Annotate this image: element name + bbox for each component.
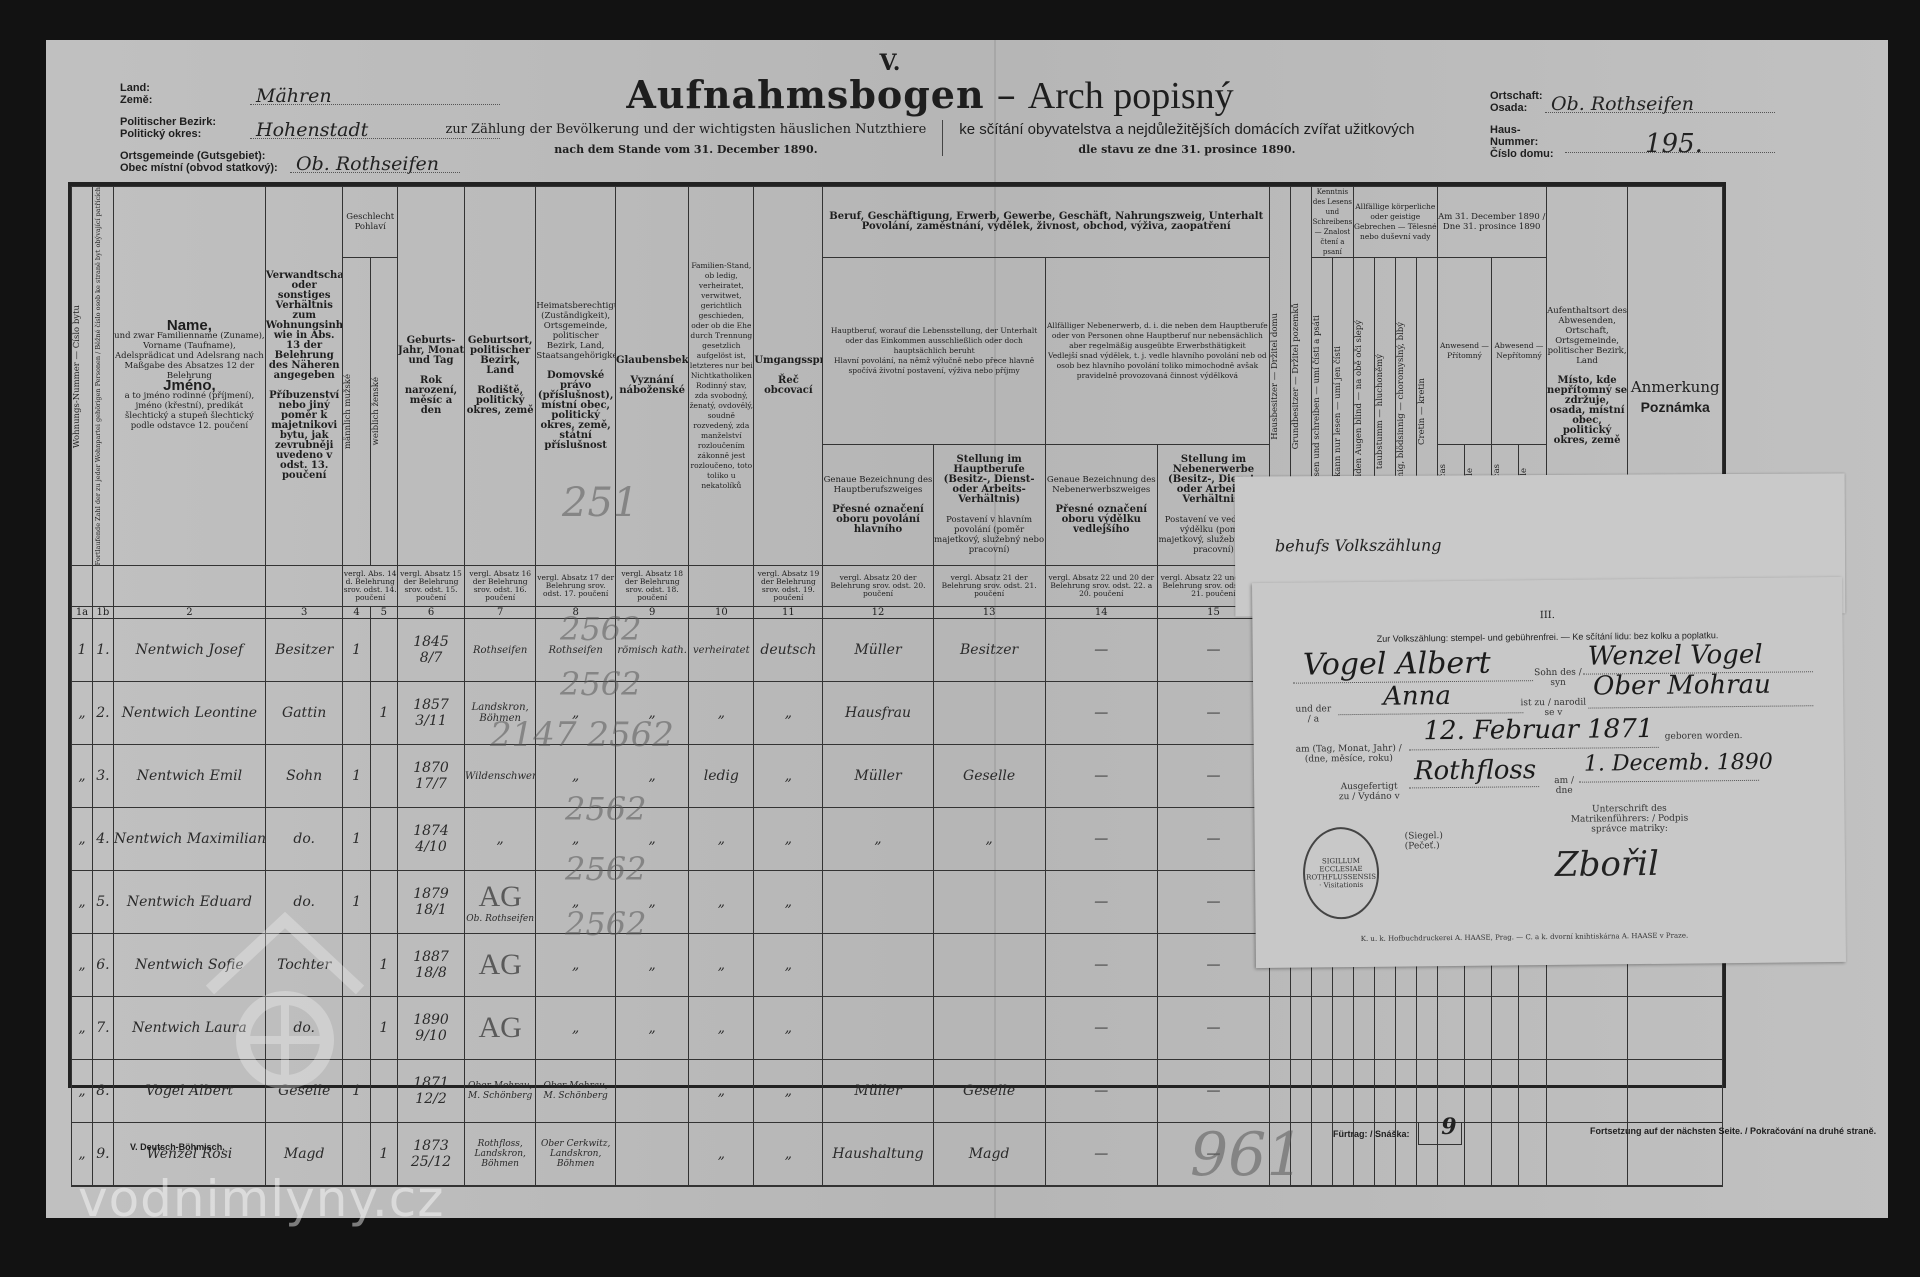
field-house-line: 195. bbox=[1565, 132, 1775, 153]
cell bbox=[1464, 997, 1491, 1060]
cell-number: 5. bbox=[92, 871, 113, 934]
cell-year: 1874 bbox=[398, 823, 464, 839]
label-municipality-cz: Obec místní (obvod statkový): bbox=[120, 162, 290, 174]
printer-imprint: K. u. k. Hofbuchdruckerei A. HAASE, Prag… bbox=[1361, 932, 1689, 943]
pencil-code: 2147 2562 bbox=[490, 715, 674, 755]
dotted-line bbox=[1588, 705, 1813, 708]
col-10-de: Familien-Stand, ob ledig, verheiratet, v… bbox=[690, 261, 753, 380]
cell-side-pos: — bbox=[1157, 1060, 1269, 1123]
col-13-cz: Postavení v hlavním povolání (poměr maje… bbox=[934, 515, 1044, 555]
continuation-note: Fortsetzung auf der nächsten Seite. / Po… bbox=[1590, 1126, 1876, 1136]
cell-position: Besitzer bbox=[933, 619, 1045, 682]
cell bbox=[1416, 997, 1437, 1060]
col-16-label: Hausbesitzer — Držitel domu bbox=[1270, 313, 1280, 440]
cell-day: 25/12 bbox=[398, 1154, 464, 1170]
cell-position bbox=[933, 871, 1045, 934]
field-house-number: Haus-Nummer:Číslo domu: 195. bbox=[1490, 124, 1775, 160]
colnum: 14 bbox=[1045, 607, 1157, 619]
cell bbox=[1416, 1060, 1437, 1123]
ref-12: vergl. Absatz 20 der Belehrung srov. ods… bbox=[823, 566, 933, 607]
cell-position: Geselle bbox=[933, 745, 1045, 808]
label-house-cz: Číslo domu: bbox=[1490, 148, 1565, 160]
cell-language: „ bbox=[754, 682, 823, 745]
cell-name: Nentwich Emil bbox=[113, 745, 265, 808]
cell-birthplace: AG bbox=[465, 997, 536, 1060]
cell-language: „ bbox=[754, 871, 823, 934]
certificate-name: Vogel Albert bbox=[1303, 646, 1491, 683]
col-6-cz: Rok narození, měsíc a den bbox=[405, 375, 457, 416]
col-4-label: männlich mužské bbox=[343, 374, 353, 449]
cell-relation: do. bbox=[265, 808, 343, 871]
date-de: nach dem Stande vom 31. December 1890. bbox=[445, 140, 926, 160]
cell-birthplace: AGOb. Rothseifen bbox=[465, 871, 536, 934]
cell bbox=[1270, 997, 1291, 1060]
cell-position bbox=[933, 934, 1045, 997]
cell-occupation: Hausfrau bbox=[823, 682, 933, 745]
subtitle-divider bbox=[942, 120, 943, 156]
ref-9: vergl. Absatz 18 der Belehrung srov. ods… bbox=[615, 566, 688, 607]
col-10-cz: Rodinný stav, zda svobodný, ženatý, ovdo… bbox=[690, 381, 753, 490]
cell-year: 1845 bbox=[398, 634, 464, 650]
label-house-de: Haus-Nummer: bbox=[1490, 124, 1565, 148]
cell-year: 1871 bbox=[398, 1075, 464, 1091]
certificate-number: III. bbox=[1252, 607, 1842, 624]
cell bbox=[1437, 997, 1464, 1060]
cell-homeright: „ bbox=[536, 934, 616, 997]
cell-relation: Sohn bbox=[265, 745, 343, 808]
subtitles: zur Zählung der Bevölkerung und der wich… bbox=[360, 120, 1500, 160]
cell-language: „ bbox=[754, 1123, 823, 1186]
born-suffix: geboren worden. bbox=[1664, 731, 1744, 742]
carry-box: 9 bbox=[1418, 1122, 1462, 1145]
col-22-label: irrsinnig, blödsinnig — choromyslný, blb… bbox=[1396, 322, 1406, 501]
cell-language: „ bbox=[754, 808, 823, 871]
col-sex-header: Geschlecht Pohlaví bbox=[343, 187, 398, 258]
cell bbox=[1374, 1186, 1395, 1187]
cell-side-occ: — bbox=[1045, 745, 1157, 808]
col-5-label: weiblich ženské bbox=[371, 377, 381, 445]
cell bbox=[1353, 1060, 1374, 1123]
cell bbox=[1519, 997, 1546, 1060]
cell bbox=[1045, 1186, 1157, 1187]
cell-name: Nentwich Josef bbox=[113, 619, 265, 682]
pencil-code: 2562 bbox=[565, 790, 646, 828]
cell-year: 1879 bbox=[398, 886, 464, 902]
cell bbox=[1353, 997, 1374, 1060]
col-8-de: Heimatsberechtigung (Zuständigkeit), Ort… bbox=[536, 301, 615, 361]
ref-3 bbox=[265, 566, 343, 607]
cell-homeright: Ober Cerkwitz, Landskron, Böhmen bbox=[536, 1123, 616, 1186]
cell bbox=[1464, 1123, 1491, 1186]
cell-number: 7. bbox=[92, 997, 113, 1060]
cell-birthdate: 187112/2 bbox=[397, 1060, 464, 1123]
cell bbox=[1492, 1060, 1519, 1123]
cell-status: „ bbox=[689, 1123, 754, 1186]
cell bbox=[1628, 1186, 1723, 1187]
cell bbox=[1332, 1060, 1353, 1123]
cell-flat: „ bbox=[72, 682, 93, 745]
field-settlement: Ortschaft:Osada: Ob. Rothseifen bbox=[1490, 90, 1775, 114]
col-6-de: Geburts-Jahr, Monat und Tag bbox=[398, 335, 464, 366]
label-municipality-de: Ortsgemeinde (Gutsgebiet): bbox=[120, 150, 290, 162]
cell-year: 1857 bbox=[398, 697, 464, 713]
value-house-number: 195. bbox=[1645, 138, 1703, 150]
cell-status: „ bbox=[689, 682, 754, 745]
ref-1b bbox=[92, 566, 113, 607]
ref-8: vergl. Absatz 17 der Belehrung srov. ods… bbox=[536, 566, 616, 607]
cell-number: 8. bbox=[92, 1060, 113, 1123]
stamp-ag: AG bbox=[465, 880, 535, 914]
cell-number: 4. bbox=[92, 808, 113, 871]
col-12-header: Genaue Bezeichnung des Hauptberufszweige… bbox=[823, 445, 933, 566]
col-9-de: Glaubensbekenntnis bbox=[616, 355, 689, 366]
colnum: 1b bbox=[92, 607, 113, 619]
cell-male bbox=[343, 682, 370, 745]
cell bbox=[933, 1186, 1045, 1187]
form-title-block: V. Aufnahmsbogen – Arch popisný zur Zähl… bbox=[360, 50, 1500, 160]
cell bbox=[1374, 997, 1395, 1060]
cell-side-occ: — bbox=[1045, 682, 1157, 745]
cell-status: ledig bbox=[689, 745, 754, 808]
issued-label: Ausgefertigt zu / Vydáno v bbox=[1334, 782, 1404, 803]
cell bbox=[536, 1186, 616, 1187]
col-28-cz: Místo, kde nepřítomný se zdržuje, osada,… bbox=[1547, 375, 1627, 446]
col-3-header: Verwandtschaft oder sonstiges Verhältnis… bbox=[265, 187, 343, 566]
signer-label: Unterschrift des Matrikenführers: / Podp… bbox=[1554, 803, 1704, 835]
cell bbox=[689, 1186, 754, 1187]
cell-flat: „ bbox=[72, 808, 93, 871]
cell bbox=[1311, 1186, 1332, 1187]
cell-number: 1. bbox=[92, 619, 113, 682]
col-29-cz: Poznámka bbox=[1628, 402, 1722, 412]
colnum: 3 bbox=[265, 607, 343, 619]
cell-side-pos: — bbox=[1157, 934, 1269, 997]
pencil-code: 2562 bbox=[560, 610, 641, 648]
cell-position: „ bbox=[933, 808, 1045, 871]
value-land: Mähren bbox=[256, 90, 332, 102]
title-cz: Arch popisný bbox=[1028, 75, 1234, 117]
cell-occupation: Müller bbox=[823, 1060, 933, 1123]
cell-male: 1 bbox=[343, 745, 370, 808]
carry-value: 9 bbox=[1441, 1114, 1456, 1140]
cell-position: Magd bbox=[933, 1123, 1045, 1186]
cell-language: „ bbox=[754, 997, 823, 1060]
ref-2 bbox=[113, 566, 265, 607]
stamp-ag: AG bbox=[465, 1011, 535, 1045]
col-8-cz: Domovské právo (příslušnost), místní obe… bbox=[538, 370, 614, 451]
ref-7: vergl. Absatz 16 der Belehrung srov. ods… bbox=[465, 566, 536, 607]
birth-certificate: III. Zur Volkszählung: stempel- und gebü… bbox=[1252, 577, 1846, 968]
col-11-de: Umgangssprache bbox=[754, 355, 823, 366]
cell bbox=[1464, 1060, 1491, 1123]
son-of-label: Sohn des / syn bbox=[1533, 668, 1583, 689]
cell bbox=[1437, 1186, 1464, 1187]
col-14-cz: Přesné označení oboru výdělku vedlejšího bbox=[1056, 504, 1148, 535]
value-settlement: Ob. Rothseifen bbox=[1551, 98, 1694, 110]
cell-birthdate: 188718/8 bbox=[397, 934, 464, 997]
col-1b-label: Fortlaufende Zahl der zu jeder Wohnparte… bbox=[93, 187, 103, 565]
subtitle-cz: ke sčítání obyvatelstva a nejdůležitější… bbox=[959, 120, 1414, 140]
page-title: Aufnahmsbogen – Arch popisný bbox=[360, 72, 1500, 118]
cell-side-pos: — bbox=[1157, 997, 1269, 1060]
cell bbox=[1395, 997, 1416, 1060]
col-13-header: Stellung im Hauptberufe (Besitz-, Dienst… bbox=[933, 445, 1045, 566]
col-2-title-de: Name, bbox=[114, 321, 265, 331]
col-1b-header: Fortlaufende Zahl der zu jeder Wohnparte… bbox=[92, 187, 113, 566]
title-separator: – bbox=[997, 73, 1016, 117]
cell-day: 18/8 bbox=[398, 965, 464, 981]
certificate-father: Wenzel Vogel bbox=[1588, 640, 1763, 672]
dotted-line bbox=[1409, 747, 1659, 751]
main-occ-de: Hauptberuf, worauf die Lebensstellung, d… bbox=[831, 326, 1037, 355]
registrar-signature: Zbořil bbox=[1555, 844, 1659, 885]
colnum: 5 bbox=[370, 607, 397, 619]
col-2-title-cz: Jméno, bbox=[114, 381, 265, 391]
literacy-header: Kenntnis des Lesens und Schreibens — Zna… bbox=[1311, 187, 1353, 258]
colnum: 2 bbox=[113, 607, 265, 619]
col-11-cz: Řeč obcovací bbox=[764, 375, 813, 396]
cell-day: 18/1 bbox=[398, 902, 464, 918]
header-row-1: Wohnungs-Nummer — Číslo bytu Fortlaufend… bbox=[72, 187, 1723, 258]
ref-11: vergl. Absatz 19 der Belehrung srov. ods… bbox=[754, 566, 823, 607]
col-14-header: Genaue Bezeichnung des Nebenerwerbszweig… bbox=[1045, 445, 1157, 566]
seal-label: (Siegel.) (Pečeť.) bbox=[1405, 831, 1445, 851]
colnum: 6 bbox=[397, 607, 464, 619]
cell bbox=[1519, 1186, 1546, 1187]
cell-side-pos: — bbox=[1157, 871, 1269, 934]
cell-day: 12/2 bbox=[398, 1091, 464, 1107]
field-settlement-line: Ob. Rothseifen bbox=[1545, 92, 1775, 113]
col-2-text-cz: a to jméno rodinné (příjmení), jméno (kř… bbox=[114, 391, 265, 431]
col-12-cz: Přesné označení oboru povolání hlavního bbox=[832, 504, 924, 535]
cell-birthplace: Ober Mohrau, M. Schönberg bbox=[465, 1060, 536, 1123]
pencil-code: 2562 bbox=[565, 905, 646, 943]
cell-day: 9/10 bbox=[398, 1028, 464, 1044]
cell bbox=[1628, 997, 1723, 1060]
cell-side-occ: — bbox=[1045, 808, 1157, 871]
colnum: 13 bbox=[933, 607, 1045, 619]
date-cz: dle stavu ze dne 31. prosince 1890. bbox=[959, 140, 1414, 160]
dotted-line bbox=[1579, 780, 1759, 783]
main-occ-cz: Hlavní povolání, na němž výlučně nebo př… bbox=[834, 356, 1034, 375]
col-21-label: taubstumm — hluchoněmý bbox=[1375, 354, 1385, 469]
cell-language: „ bbox=[754, 745, 823, 808]
cell-side-occ: — bbox=[1045, 871, 1157, 934]
col-6-header: Geburts-Jahr, Monat und TagRok narození,… bbox=[397, 187, 464, 566]
cell-occupation: Müller bbox=[823, 619, 933, 682]
cell-status: verheiratet bbox=[689, 619, 754, 682]
watermill-logo-icon bbox=[190, 910, 380, 1090]
pencil-code: 2562 bbox=[560, 665, 641, 703]
cell-flat: „ bbox=[72, 871, 93, 934]
subtitle-de: zur Zählung der Bevölkerung und der wich… bbox=[445, 120, 926, 140]
col-9-cz: Vyznání náboženské bbox=[619, 375, 685, 396]
cell bbox=[1311, 1123, 1332, 1186]
cell-status: „ bbox=[689, 808, 754, 871]
cell-religion: „ bbox=[615, 997, 688, 1060]
col-2-header: Name,und zwar Familienname (Zuname), Vor… bbox=[113, 187, 265, 566]
cell-birthplace: AG bbox=[465, 934, 536, 997]
ref-14: vergl. Absatz 22 und 20 der Belehrung sr… bbox=[1045, 566, 1157, 607]
pencil-code: 2562 bbox=[565, 850, 646, 888]
col-19-label: kann nur lesen — umí jen čísti bbox=[1333, 346, 1343, 477]
cell-position bbox=[933, 682, 1045, 745]
pencil-code: 251 bbox=[562, 480, 638, 526]
cell-female bbox=[370, 745, 397, 808]
carry-over: Fürtrag: / Snáška: 9 bbox=[1333, 1122, 1462, 1145]
cell bbox=[1332, 997, 1353, 1060]
cell-occupation bbox=[823, 997, 933, 1060]
cell-day: 3/11 bbox=[398, 713, 464, 729]
certificate-issued-place: Rothfloss bbox=[1414, 755, 1536, 786]
cell-position: Geselle bbox=[933, 1060, 1045, 1123]
ref-13: vergl. Absatz 21 der Belehrung srov. ods… bbox=[933, 566, 1045, 607]
cell bbox=[1332, 1186, 1353, 1187]
subtitle-de-block: zur Zählung der Bevölkerung und der wich… bbox=[445, 120, 926, 160]
cell-number: 3. bbox=[92, 745, 113, 808]
cell bbox=[1291, 1060, 1312, 1123]
cell-status: „ bbox=[689, 934, 754, 997]
cell-birthplace: Rothfloss, Landskron, Böhmen bbox=[465, 1123, 536, 1186]
cell-birthdate: 18458/7 bbox=[397, 619, 464, 682]
col-10-header: Familien-Stand, ob ledig, verheiratet, v… bbox=[689, 187, 754, 566]
ref-10 bbox=[689, 566, 754, 607]
ref-6: vergl. Absatz 15 der Belehrung srov. ods… bbox=[397, 566, 464, 607]
cell-male: 1 bbox=[343, 619, 370, 682]
col-7-cz: Rodiště, politický okres, země bbox=[467, 385, 534, 416]
absent-header: Abwesend — Nepřítomný bbox=[1492, 258, 1547, 445]
cell bbox=[1546, 1186, 1628, 1187]
col-11-header: UmgangsspracheŘeč obcovací bbox=[754, 187, 823, 566]
side-occ-cz: Vedlejší snad výdělek, t. j. vedle hlavn… bbox=[1048, 351, 1267, 380]
cell-language: deutsch bbox=[754, 619, 823, 682]
colnum: 1a bbox=[72, 607, 93, 619]
presence-header: Am 31. December 1890 / Dne 31. prosince … bbox=[1437, 187, 1546, 258]
col-13-de: Stellung im Hauptberufe (Besitz-, Dienst… bbox=[944, 454, 1035, 505]
cell-name: Nentwich Maximilian bbox=[113, 808, 265, 871]
issued-date-label: am / dne bbox=[1549, 776, 1579, 796]
cell-birthplace: „ bbox=[465, 808, 536, 871]
col-17-label: Grundbesitzer — Držitel pozemků bbox=[1291, 303, 1301, 449]
header-right-fields: Ortschaft:Osada: Ob. Rothseifen Haus-Num… bbox=[1490, 90, 1775, 170]
certificate-mother: Anna bbox=[1383, 681, 1451, 712]
cell-number: 2. bbox=[92, 682, 113, 745]
form-edition: V. Deutsch-Böhmisch. bbox=[130, 1142, 225, 1152]
colnum: 10 bbox=[689, 607, 754, 619]
colnum: 11 bbox=[754, 607, 823, 619]
cell bbox=[1311, 1060, 1332, 1123]
cell bbox=[1291, 997, 1312, 1060]
cell-birthplace: Rothseifen bbox=[465, 619, 536, 682]
ref-4-5: vergl. Abs. 14 d. Belehrung srov. odst. … bbox=[343, 566, 398, 607]
cell-occupation: „ bbox=[823, 808, 933, 871]
col-28-de: Aufenthaltsort des Abwesenden, Ortschaft… bbox=[1547, 306, 1627, 366]
cell-side-occ: — bbox=[1045, 619, 1157, 682]
cell bbox=[1519, 1123, 1546, 1186]
cell-birthplace-text: Ob. Rothseifen bbox=[465, 914, 535, 924]
cell bbox=[1546, 997, 1628, 1060]
cell-year: 1873 bbox=[398, 1138, 464, 1154]
colnum: 4 bbox=[343, 607, 370, 619]
cell-birthdate: 18573/11 bbox=[397, 682, 464, 745]
parish-seal: SIGILLUM ECCLESIAE ROTHFLUSSENSIS · Visi… bbox=[1303, 827, 1380, 920]
cell-year: 1870 bbox=[398, 760, 464, 776]
colnum: 7 bbox=[465, 607, 536, 619]
cell bbox=[1546, 1060, 1628, 1123]
col-1a-header: Wohnungs-Nummer — Číslo bytu bbox=[72, 187, 93, 566]
certificate-birthplace: Ober Mohrau bbox=[1593, 670, 1771, 702]
cell bbox=[465, 1186, 536, 1187]
cell bbox=[1492, 997, 1519, 1060]
cell-year: 1890 bbox=[398, 1012, 464, 1028]
cell-language: „ bbox=[754, 934, 823, 997]
carry-label: Fürtrag: / Snáška: bbox=[1333, 1129, 1410, 1139]
cell bbox=[1374, 1060, 1395, 1123]
cell-year: 1887 bbox=[398, 949, 464, 965]
and-label: und der / a bbox=[1293, 704, 1333, 724]
cell-side-pos: — bbox=[1157, 745, 1269, 808]
cell-religion bbox=[615, 1060, 688, 1123]
cell bbox=[1492, 1123, 1519, 1186]
occupation-header: Beruf, Geschäftigung, Erwerb, Gewerbe, G… bbox=[823, 187, 1270, 258]
cell-status: „ bbox=[689, 871, 754, 934]
cell bbox=[1311, 997, 1332, 1060]
subtitle-cz-block: ke sčítání obyvatelstva a nejdůležitější… bbox=[959, 120, 1414, 160]
cell-birthdate: 18909/10 bbox=[397, 997, 464, 1060]
stamp-ag: AG bbox=[465, 948, 535, 982]
cell-status: „ bbox=[689, 997, 754, 1060]
cell-relation: Besitzer bbox=[265, 619, 343, 682]
cell-name: Nentwich Leontine bbox=[113, 682, 265, 745]
col-5-header: weiblich ženské bbox=[370, 258, 397, 566]
cell-occupation: Müller bbox=[823, 745, 933, 808]
cell-occupation bbox=[823, 934, 933, 997]
col-14-de: Genaue Bezeichnung des Nebenerwerbszweig… bbox=[1047, 475, 1156, 495]
cell-position bbox=[933, 997, 1045, 1060]
occupation-title-cz: Povolání, zaměstnání, výdělek, živnost, … bbox=[862, 221, 1231, 232]
cell-side-occ: — bbox=[1045, 997, 1157, 1060]
cell-birthdate: 18744/10 bbox=[397, 808, 464, 871]
cell-flat: „ bbox=[72, 997, 93, 1060]
cell bbox=[823, 1186, 933, 1187]
cell-language: „ bbox=[754, 1060, 823, 1123]
cell-side-pos: — bbox=[1157, 808, 1269, 871]
value-district: Hohenstadt bbox=[256, 124, 368, 136]
col-3-cz: Příbuzenství nebo jiný poměr k majetniko… bbox=[269, 390, 339, 481]
insert-note: behufs Volkszählung bbox=[1275, 536, 1442, 556]
cell bbox=[754, 1186, 823, 1187]
cell bbox=[1628, 1060, 1723, 1123]
cell-male: 1 bbox=[343, 808, 370, 871]
pencil-bottom-number: 961 bbox=[1190, 1120, 1305, 1190]
seal-text: SIGILLUM ECCLESIAE ROTHFLUSSENSIS · Visi… bbox=[1305, 857, 1377, 890]
col-4-header: männlich mužské bbox=[343, 258, 370, 566]
col-29-de: Anmerkung bbox=[1628, 382, 1722, 392]
certificate-birthdate: 12. Februar 1871 bbox=[1423, 714, 1653, 746]
cell-homeright: Ober Mohrau, M. Schönberg bbox=[536, 1060, 616, 1123]
cell-female bbox=[370, 619, 397, 682]
cell-female: 1 bbox=[370, 682, 397, 745]
col-1a-label: Wohnungs-Nummer — Číslo bytu bbox=[72, 305, 82, 448]
disability-header: Allfällige körperliche oder geistige Geb… bbox=[1353, 187, 1437, 258]
cell-side-occ: — bbox=[1045, 934, 1157, 997]
cell-status: „ bbox=[689, 1060, 754, 1123]
cell bbox=[1519, 1060, 1546, 1123]
col-7-header: Geburtsort, politischer Bezirk, LandRodi… bbox=[465, 187, 536, 566]
cell bbox=[1353, 1186, 1374, 1187]
cell-side-occ: — bbox=[1045, 1123, 1157, 1186]
cell-side-occ: — bbox=[1045, 1060, 1157, 1123]
